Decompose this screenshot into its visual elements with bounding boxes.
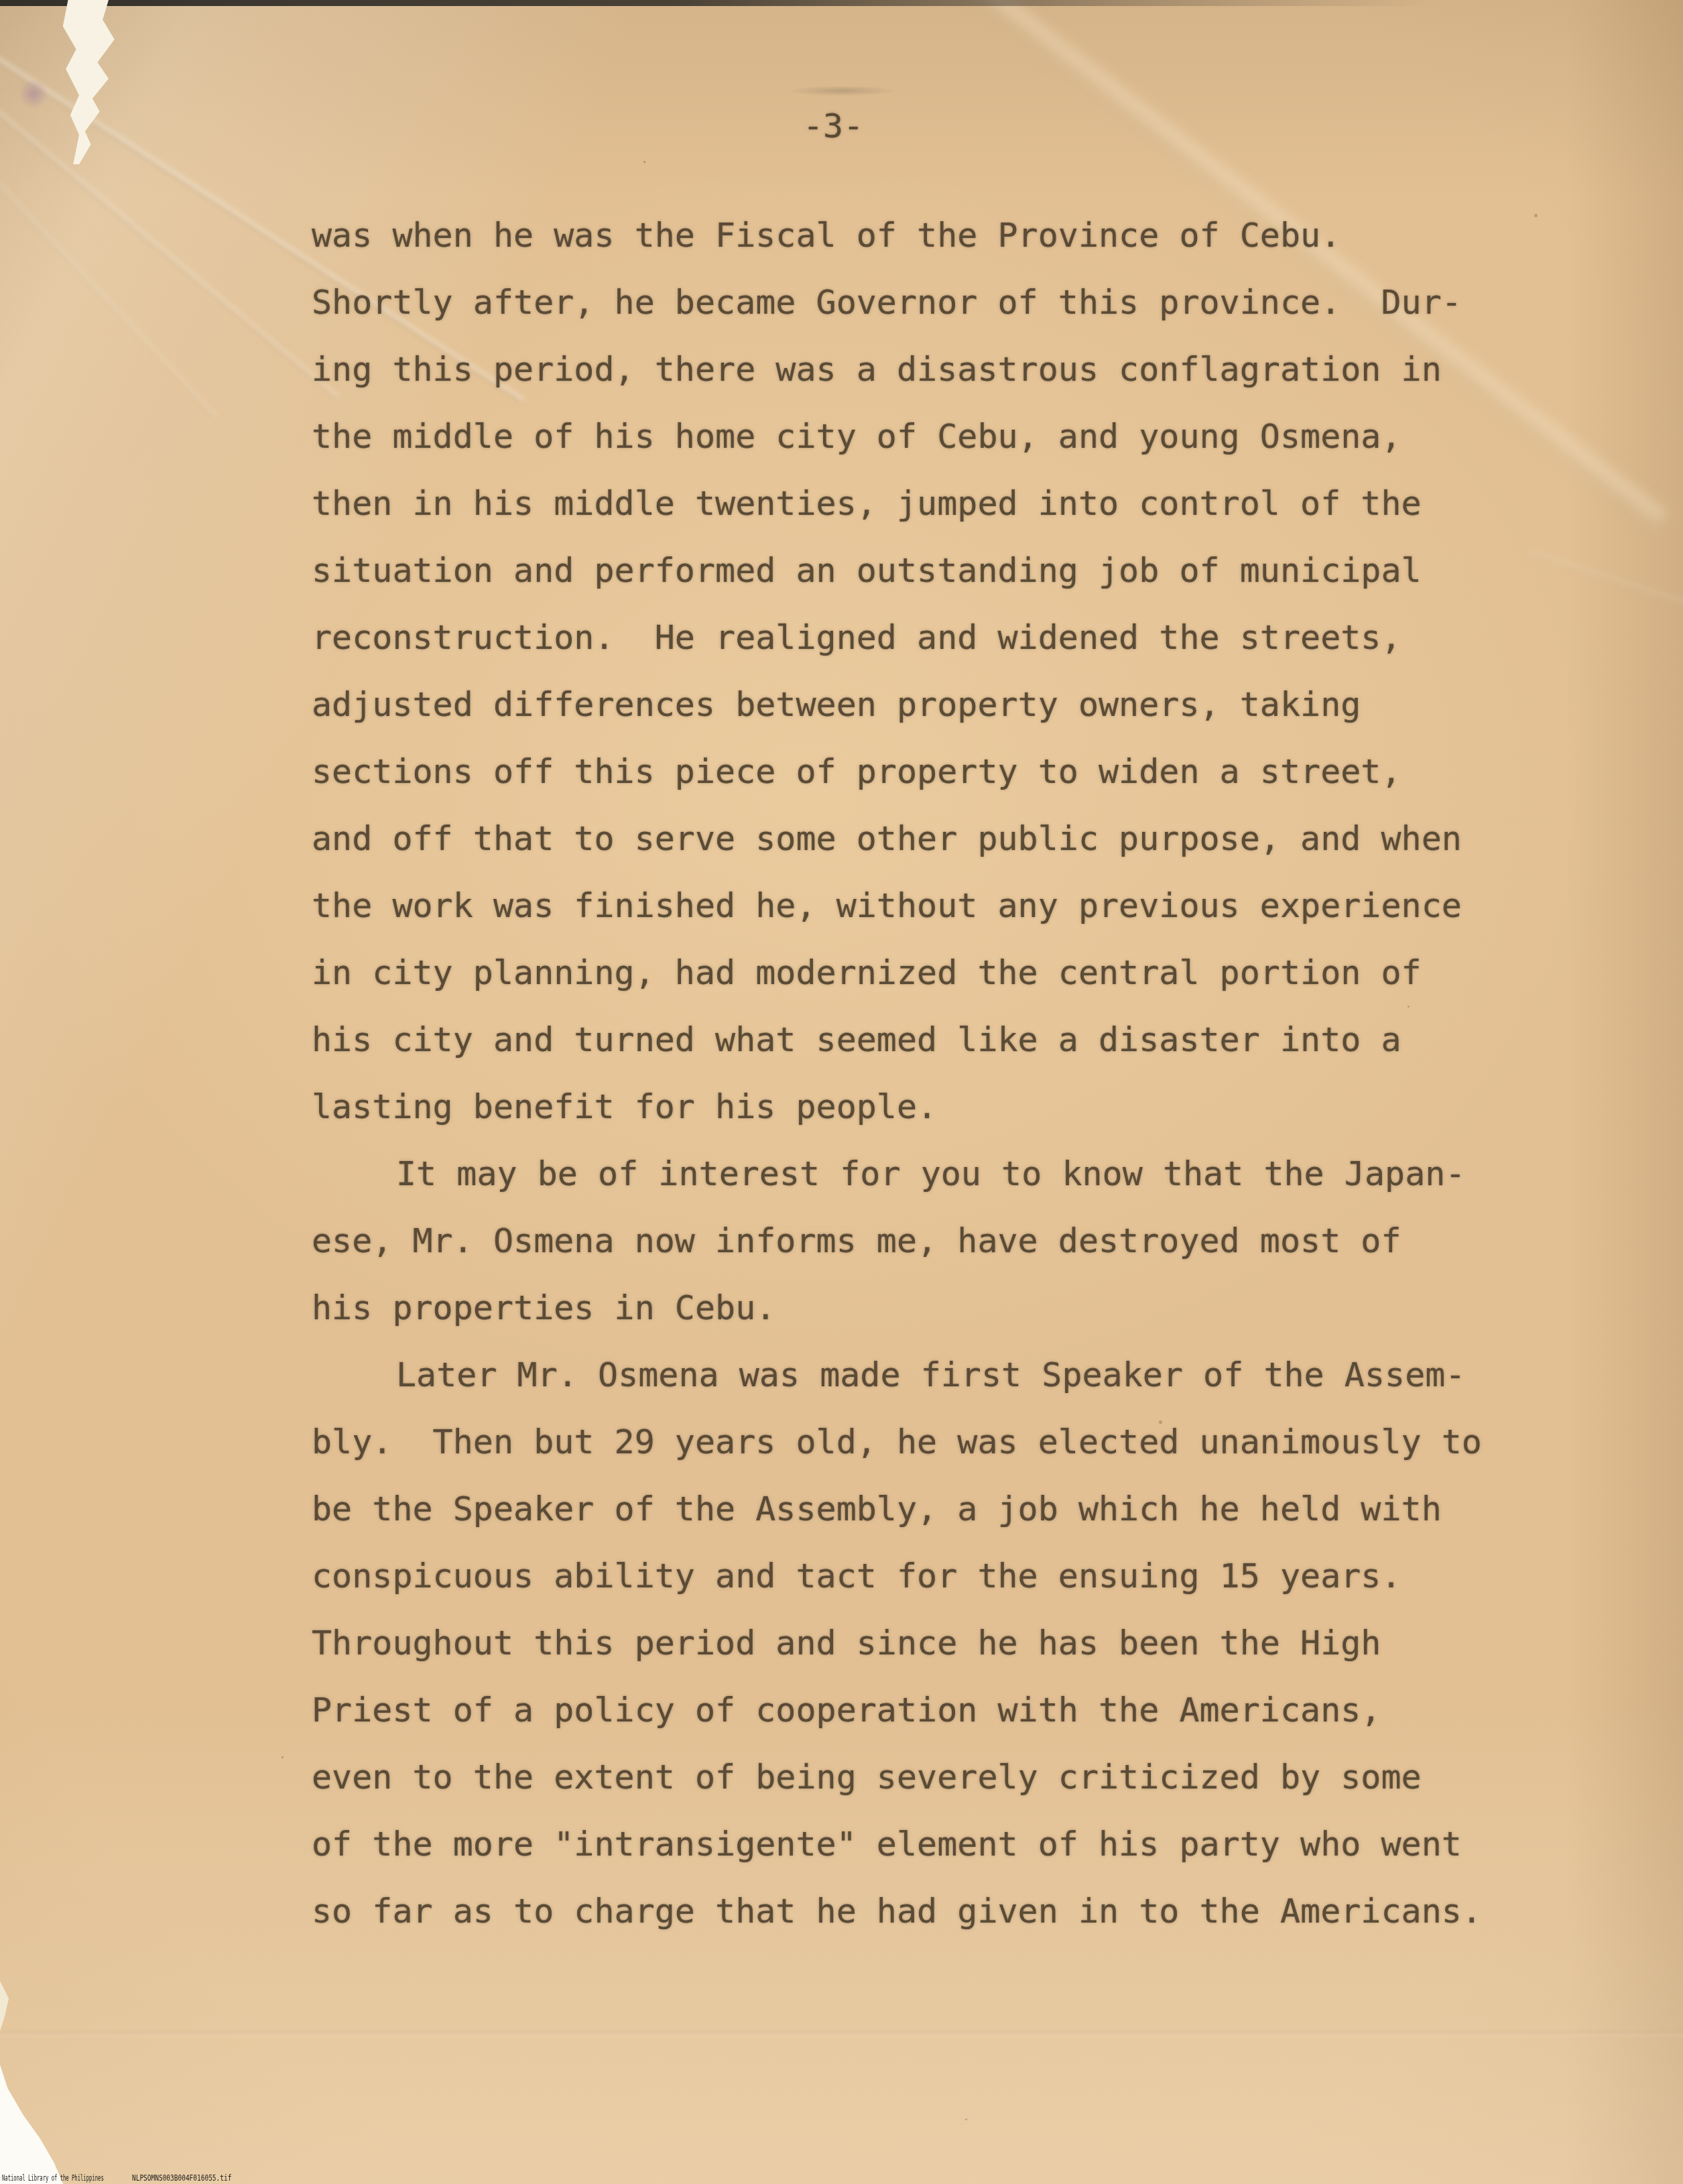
text-line: sections off this piece of property to w… — [312, 738, 1482, 805]
text-line: his city and turned what seemed like a d… — [312, 1006, 1482, 1073]
footer-filename: NLPSOMNS003B004F016055.tif — [132, 2173, 231, 2183]
text-line: ing this period, there was a disastrous … — [312, 336, 1482, 403]
document-body: was when he was the Fiscal of the Provin… — [312, 202, 1482, 1945]
page-number: -3- — [803, 93, 863, 160]
text-line: even to the extent of being severely cri… — [312, 1744, 1482, 1811]
text-line: adjusted differences between property ow… — [312, 671, 1482, 738]
paragraph: Later Mr. Osmena was made first Speaker … — [312, 1341, 1482, 1945]
text-line: Shortly after, he became Governor of thi… — [312, 269, 1482, 336]
text-line: his properties in Cebu. — [312, 1274, 1482, 1341]
text-line: situation and performed an outstanding j… — [312, 537, 1482, 604]
paragraph: was when he was the Fiscal of the Provin… — [312, 202, 1482, 1140]
footer-stamp: National Library of the Philippines NLPS… — [0, 2171, 1683, 2184]
text-line: conspicuous ability and tact for the ens… — [312, 1542, 1482, 1610]
text-line: and off that to serve some other public … — [312, 805, 1482, 872]
text-line: bly. Then but 29 years old, he was elect… — [312, 1408, 1482, 1475]
text-line: lasting benefit for his people. — [312, 1073, 1482, 1140]
paragraph: It may be of interest for you to know th… — [312, 1140, 1482, 1341]
text-line: Priest of a policy of cooperation with t… — [312, 1677, 1482, 1744]
text-line: It may be of interest for you to know th… — [312, 1140, 1482, 1207]
scanner-edge-shadow — [0, 0, 1683, 6]
text-line: of the more "intransigente" element of h… — [312, 1811, 1482, 1878]
text-line: so far as to charge that he had given in… — [312, 1878, 1482, 1945]
ink-stain — [19, 79, 48, 109]
footer-library-label: National Library of the Philippines — [2, 2173, 104, 2183]
text-line: the work was finished he, without any pr… — [312, 872, 1482, 939]
text-line: Later Mr. Osmena was made first Speaker … — [312, 1341, 1482, 1408]
text-line: then in his middle twenties, jumped into… — [312, 470, 1482, 537]
text-line: in city planning, had modernized the cen… — [312, 939, 1482, 1006]
text-line: was when he was the Fiscal of the Provin… — [312, 202, 1482, 269]
scanned-page: -3- was when he was the Fiscal of the Pr… — [0, 0, 1683, 2184]
text-line: the middle of his home city of Cebu, and… — [312, 403, 1482, 470]
paper-specks — [643, 161, 645, 163]
text-line: reconstruction. He realigned and widened… — [312, 604, 1482, 671]
text-line: Throughout this period and since he has … — [312, 1610, 1482, 1677]
text-line: be the Speaker of the Assembly, a job wh… — [312, 1475, 1482, 1542]
text-line: ese, Mr. Osmena now informs me, have des… — [312, 1207, 1482, 1274]
